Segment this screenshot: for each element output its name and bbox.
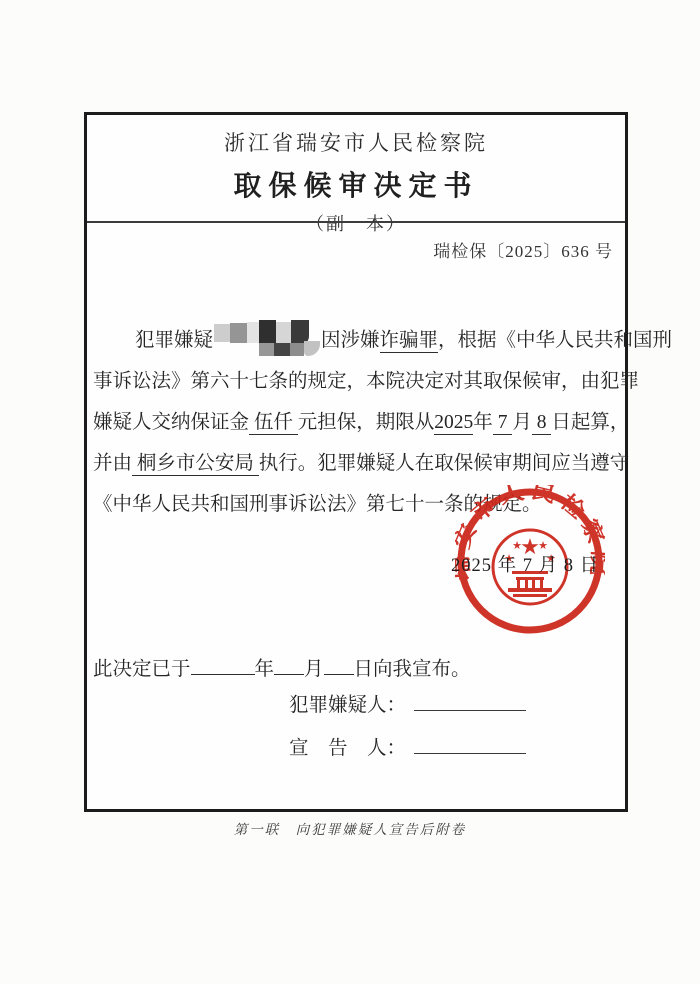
body-line-4: 并由 桐乡市公安局 执行。犯罪嫌疑人在取保候审期间应当遵守 [93,443,621,484]
mosaic-block [214,324,230,342]
underlined-day: 8 [532,412,552,435]
suspect-signature-row: 犯罪嫌疑人： [289,689,526,717]
body-text: 日起算， [551,412,629,433]
mosaic-block [259,343,274,356]
suspect-signature-label: 犯罪嫌疑人： [289,695,406,716]
mosaic-block [274,343,290,356]
announcer-signature-row: 宣 告 人： [289,732,526,760]
decision-date: 2025 年 7 月 8 日 [451,551,599,577]
announcer-signature-line [414,734,526,754]
declaration-text: 此决定已于 [93,659,191,680]
body-text: 元担保，期限从 [298,412,435,433]
blank-month-field [274,655,304,675]
underlined-police-bureau: 桐乡市公安局 [132,453,259,476]
mosaic-block [290,343,304,356]
document-page: { "colors": { "seal_red": "#cc2318", "bo… [0,0,700,984]
document-number: 瑞检保〔2025〕636 号 [433,237,613,262]
suspect-signature-line [414,691,526,711]
blank-day-field [324,655,354,675]
mosaic-block [276,322,291,343]
body-line-2: 事诉讼法》第六十七条的规定，本院决定对其取保候审，由犯罪 [93,361,621,402]
body-text: ，根据《中华人民共和国刑 [438,330,672,351]
signature-block: 犯罪嫌疑人： 宣 告 人： [289,689,526,775]
document-title: 取保候审决定书 [87,164,625,204]
body-text: 因涉嫌 [321,330,380,351]
mosaic-block [304,341,320,356]
body-text: 并由 [93,453,132,474]
body-text: 嫌疑人交纳保证金 [93,412,249,433]
mosaic-block [247,322,259,343]
announcer-signature-label: 宣 告 人： [289,738,406,759]
mosaic-block [230,323,247,343]
document-header: 浙江省瑞安市人民检察院 取保候审决定书 （副 本） [87,127,625,236]
body-line-3: 嫌疑人交纳保证金 伍仟 元担保，期限从2025年 7 月 8 日起算， [93,402,621,443]
declaration-text: 年 [255,659,275,680]
underlined-year: 2025 [434,412,473,435]
underlined-bail-amount: 伍仟 [249,412,298,435]
copy-routing-note: 第一联 向犯罪嫌疑人宣告后附卷 [0,818,700,838]
body-text: 犯罪嫌疑 [135,330,213,351]
redacted-name-mosaic [214,320,320,356]
declaration-text: 日向我宣布。 [354,659,471,680]
underlined-month: 7 [493,412,513,435]
body-text: 年 [473,412,493,433]
blank-year-field [191,655,255,675]
copy-label: （副 本） [87,210,625,236]
header-divider [87,221,625,223]
org-name: 浙江省瑞安市人民检察院 [87,127,625,157]
body-text: 月 [512,412,532,433]
body-text: 执行。犯罪嫌疑人在取保候审期间应当遵守 [259,453,630,474]
announcement-line: 此决定已于年月日向我宣布。 [93,653,471,681]
body-line-1: 犯罪嫌疑因涉嫌诈骗罪，根据《中华人民共和国刑 [93,320,621,361]
declaration-text: 月 [304,659,324,680]
mosaic-block [259,320,276,344]
document-border-frame: 浙江省瑞安市人民检察院 取保候审决定书 （副 本） 瑞检保〔2025〕636 号… [84,112,628,812]
underlined-crime: 诈骗罪 [380,330,439,353]
